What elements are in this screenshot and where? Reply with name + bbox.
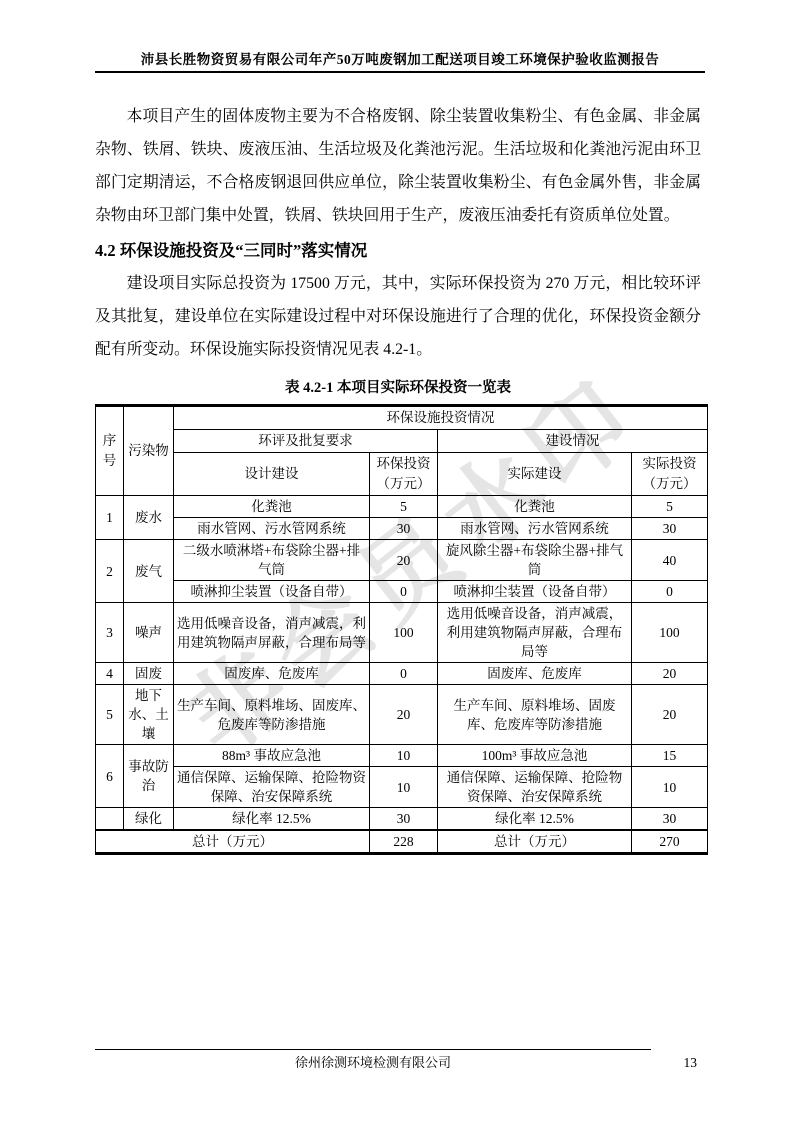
cell-eia-invest: 5: [370, 496, 438, 518]
report-page: 非会员水印 沛县长胜物资贸易有限公司年产50万吨废钢加工配送项目竣工环境保护验收…: [0, 0, 793, 1122]
cell-pollutant: 事故防治: [124, 745, 174, 808]
header-eia-group: 环评及批复要求: [174, 430, 438, 453]
header-pollutant: 污染物: [124, 406, 174, 496]
table-row: 6事故防治88m³ 事故应急池10100m³ 事故应急池15: [96, 745, 708, 767]
cell-pollutant: 地下水、土壤: [124, 685, 174, 745]
table-row: 通信保障、运输保障、抢险物资保障、治安保障系统10通信保障、运输保障、抢险物资保…: [96, 767, 708, 808]
table-header-row: 序号污染物环保设施投资情况: [96, 406, 708, 430]
cell-pollutant: 噪声: [124, 603, 174, 663]
cell-actual-build: 生产车间、原料堆场、固废库、危废库等防渗措施: [438, 685, 632, 745]
section-heading-4-2: 4.2 环保设施投资及“三同时”落实情况: [95, 234, 701, 267]
header-serial: 序号: [96, 406, 124, 496]
cell-actual-build: 绿化率 12.5%: [438, 808, 632, 831]
cell-serial: 1: [96, 496, 124, 540]
cell-actual-invest: 5: [632, 496, 708, 518]
cell-pollutant: 固废: [124, 663, 174, 685]
paragraph-solid-waste: 本项目产生的固体废物主要为不合格废钢、除尘装置收集粉尘、有色金属、非金属杂物、铁…: [95, 100, 701, 232]
cell-eia-invest: 10: [370, 745, 438, 767]
cell-eia-invest: 10: [370, 767, 438, 808]
table-row: 绿化绿化率 12.5%30绿化率 12.5%30: [96, 808, 708, 831]
cell-actual-invest: 30: [632, 808, 708, 831]
cell-serial: [96, 808, 124, 831]
cell-actual-build: 化粪池: [438, 496, 632, 518]
cell-actual-invest: 40: [632, 540, 708, 581]
cell-eia-invest: 20: [370, 540, 438, 581]
cell-design-build: 雨水管网、污水管网系统: [174, 518, 370, 540]
cell-serial: 2: [96, 540, 124, 603]
header-eia-invest: 环保投资（万元）: [370, 453, 438, 496]
cell-design-build: 通信保障、运输保障、抢险物资保障、治安保障系统: [174, 767, 370, 808]
table-header-row: 环评及批复要求建设情况: [96, 430, 708, 453]
cell-actual-invest: 0: [632, 581, 708, 603]
cell-actual-invest: 30: [632, 518, 708, 540]
cell-serial: 4: [96, 663, 124, 685]
header-build-group: 建设情况: [438, 430, 708, 453]
cell-actual-build: 选用低噪音设备，消声减震，利用建筑物隔声屏蔽，合理布局等: [438, 603, 632, 663]
table-row: 雨水管网、污水管网系统30雨水管网、污水管网系统30: [96, 518, 708, 540]
cell-actual-build: 雨水管网、污水管网系统: [438, 518, 632, 540]
cell-serial: 6: [96, 745, 124, 808]
cell-serial: 3: [96, 603, 124, 663]
footer-divider: [95, 1049, 651, 1050]
page-content: 本项目产生的固体废物主要为不合格废钢、除尘装置收集粉尘、有色金属、非金属杂物、铁…: [95, 100, 701, 855]
cell-actual-build: 喷淋抑尘装置（设备自带）: [438, 581, 632, 603]
header-investment-group: 环保设施投资情况: [174, 406, 708, 430]
cell-eia-invest: 100: [370, 603, 438, 663]
table-row: 5地下水、土壤生产车间、原料堆场、固废库、危废库等防渗措施20生产车间、原料堆场…: [96, 685, 708, 745]
table-row: 3噪声选用低噪音设备，消声减震，利用建筑物隔声屏蔽，合理布局等100选用低噪音设…: [96, 603, 708, 663]
cell-actual-build: 固废库、危废库: [438, 663, 632, 685]
table-header-row: 设计建设环保投资（万元）实际建设实际投资（万元）: [96, 453, 708, 496]
table-row: 1废水化粪池5化粪池5: [96, 496, 708, 518]
total-eia-invest: 228: [370, 830, 438, 854]
cell-actual-build: 100m³ 事故应急池: [438, 745, 632, 767]
cell-design-build: 选用低噪音设备，消声减震，利用建筑物隔声屏蔽，合理布局等: [174, 603, 370, 663]
cell-eia-invest: 0: [370, 581, 438, 603]
cell-design-build: 二级水喷淋塔+布袋除尘器+排气筒: [174, 540, 370, 581]
table-row: 2废气二级水喷淋塔+布袋除尘器+排气筒20旋风除尘器+布袋除尘器+排气筒40: [96, 540, 708, 581]
cell-actual-build: 通信保障、运输保障、抢险物资保障、治安保障系统: [438, 767, 632, 808]
cell-design-build: 生产车间、原料堆场、固废库、危废库等防渗措施: [174, 685, 370, 745]
footer-company-name: 徐州徐测环境检测有限公司: [95, 1052, 651, 1074]
cell-actual-invest: 20: [632, 685, 708, 745]
header-divider: [95, 71, 705, 73]
cell-design-build: 绿化率 12.5%: [174, 808, 370, 831]
cell-design-build: 固废库、危废库: [174, 663, 370, 685]
cell-eia-invest: 20: [370, 685, 438, 745]
header-actual-invest: 实际投资（万元）: [632, 453, 708, 496]
page-number: 13: [684, 1052, 698, 1074]
cell-pollutant: 废气: [124, 540, 174, 603]
table-caption: 表 4.2-1 本项目实际环保投资一览表: [95, 378, 701, 398]
header-actual-build: 实际建设: [438, 453, 632, 496]
cell-serial: 5: [96, 685, 124, 745]
cell-actual-invest: 15: [632, 745, 708, 767]
cell-actual-invest: 20: [632, 663, 708, 685]
cell-eia-invest: 30: [370, 808, 438, 831]
cell-eia-invest: 30: [370, 518, 438, 540]
cell-eia-invest: 0: [370, 663, 438, 685]
cell-design-build: 88m³ 事故应急池: [174, 745, 370, 767]
page-header: 沛县长胜物资贸易有限公司年产50万吨废钢加工配送项目竣工环境保护验收监测报告: [95, 48, 705, 68]
cell-actual-invest: 100: [632, 603, 708, 663]
paragraph-investment: 建设项目实际总投资为 17500 万元，其中，实际环保投资为 270 万元，相比…: [95, 267, 701, 366]
cell-pollutant: 废水: [124, 496, 174, 540]
total-label-left: 总计（万元）: [96, 830, 370, 854]
cell-design-build: 喷淋抑尘装置（设备自带）: [174, 581, 370, 603]
cell-actual-build: 旋风除尘器+布袋除尘器+排气筒: [438, 540, 632, 581]
page-footer: 徐州徐测环境检测有限公司 13: [95, 1049, 705, 1074]
table-row: 喷淋抑尘装置（设备自带）0喷淋抑尘装置（设备自带）0: [96, 581, 708, 603]
table-total-row: 总计（万元）228总计（万元）270: [96, 830, 708, 854]
header-design-build: 设计建设: [174, 453, 370, 496]
investment-table: 序号污染物环保设施投资情况环评及批复要求建设情况设计建设环保投资（万元）实际建设…: [95, 404, 708, 855]
table-row: 4固废固废库、危废库0固废库、危废库20: [96, 663, 708, 685]
cell-design-build: 化粪池: [174, 496, 370, 518]
report-header-title: 沛县长胜物资贸易有限公司年产50万吨废钢加工配送项目竣工环境保护验收监测报告: [95, 48, 705, 68]
cell-pollutant: 绿化: [124, 808, 174, 831]
cell-actual-invest: 10: [632, 767, 708, 808]
total-label-right: 总计（万元）: [438, 830, 632, 854]
total-actual-invest: 270: [632, 830, 708, 854]
